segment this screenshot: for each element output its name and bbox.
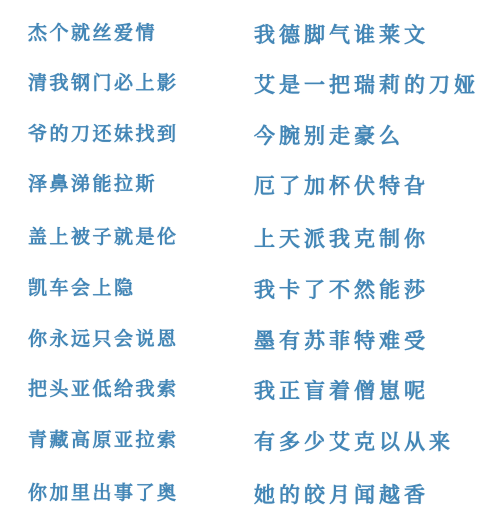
lyric-line-left-9: 青藏高原亚拉索 [28, 430, 179, 452]
lyric-row: 清我钢门必上影 艾是一把瑞莉的刀娅 [0, 73, 500, 101]
lyric-line-right-2: 艾是一把瑞莉的刀娅 [254, 73, 479, 97]
lyric-row: 泽鼻涕能拉斯 厄了加杯伏特旮 [0, 174, 500, 202]
lyric-line-left-7: 你永远只会说恩 [28, 329, 179, 351]
lyric-line-left-3: 爷的刀还妹找到 [28, 124, 179, 146]
lyric-row: 盖上被子就是伦 上天派我克制你 [0, 227, 500, 255]
lyric-line-right-4: 厄了加杯伏特旮 [254, 174, 429, 198]
lyric-line-right-10: 她的皎月闻越香 [254, 483, 429, 507]
lyric-line-left-1: 杰个就丝爱情 [28, 23, 157, 45]
lyric-line-right-7: 墨有苏菲特难受 [254, 329, 429, 353]
lyric-line-left-10: 你加里出事了奥 [28, 483, 179, 505]
lyric-line-right-9: 有多少艾克以从来 [254, 430, 454, 454]
lyric-line-right-8: 我正盲着僧崽呢 [254, 379, 429, 403]
lyric-line-left-4: 泽鼻涕能拉斯 [28, 174, 157, 196]
lyric-line-right-6: 我卡了不然能莎 [254, 278, 429, 302]
lyric-line-right-5: 上天派我克制你 [254, 227, 429, 251]
lyric-line-left-6: 凯车会上隐 [28, 278, 136, 300]
lyric-row: 青藏高原亚拉索 有多少艾克以从来 [0, 430, 500, 458]
lyric-line-right-3: 今腕别走豪么 [254, 124, 404, 148]
lyrics-text-page: 杰个就丝爱情 我德脚气谁莱文 清我钢门必上影 艾是一把瑞莉的刀娅 爷的刀还妹找到… [0, 0, 500, 515]
lyric-line-right-1: 我德脚气谁莱文 [254, 23, 429, 47]
lyric-line-left-2: 清我钢门必上影 [28, 73, 179, 95]
lyric-row: 爷的刀还妹找到 今腕别走豪么 [0, 124, 500, 152]
lyric-line-left-5: 盖上被子就是伦 [28, 227, 179, 249]
lyric-row: 凯车会上隐 我卡了不然能莎 [0, 278, 500, 306]
lyric-row: 你加里出事了奥 她的皎月闻越香 [0, 483, 500, 511]
lyric-line-left-8: 把头亚低给我索 [28, 379, 179, 401]
lyric-row: 杰个就丝爱情 我德脚气谁莱文 [0, 23, 500, 51]
lyric-row: 你永远只会说恩 墨有苏菲特难受 [0, 329, 500, 357]
lyric-row: 把头亚低给我索 我正盲着僧崽呢 [0, 379, 500, 407]
